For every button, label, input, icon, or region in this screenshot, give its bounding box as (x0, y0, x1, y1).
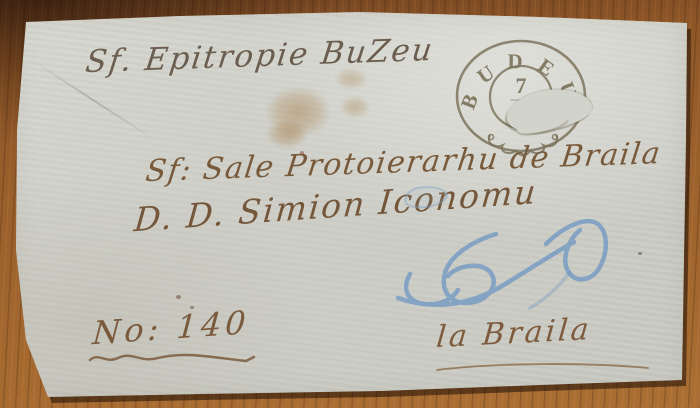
postmark-ornament (489, 135, 557, 156)
destination-underline (434, 360, 654, 374)
crayon-zero-stroke (546, 221, 606, 279)
ink-speck (176, 295, 181, 299)
blue-rate-marking-60: 60 (392, 212, 648, 328)
number-underline-flourish (86, 348, 262, 368)
crayon-tail-stroke (530, 272, 570, 308)
postmark-day: 7 (516, 73, 527, 98)
envelope: Sf. Epitropie BuZeu Sf: Sale Protoierarh… (0, 0, 700, 408)
registry-number-note: No: 140 (91, 303, 251, 352)
ink-stain (334, 92, 376, 122)
photo-postal-cover: Sf. Epitropie BuZeu Sf: Sale Protoierarh… (0, 0, 700, 408)
address-line-top: Sf. Epitropie BuZeu (84, 32, 436, 80)
